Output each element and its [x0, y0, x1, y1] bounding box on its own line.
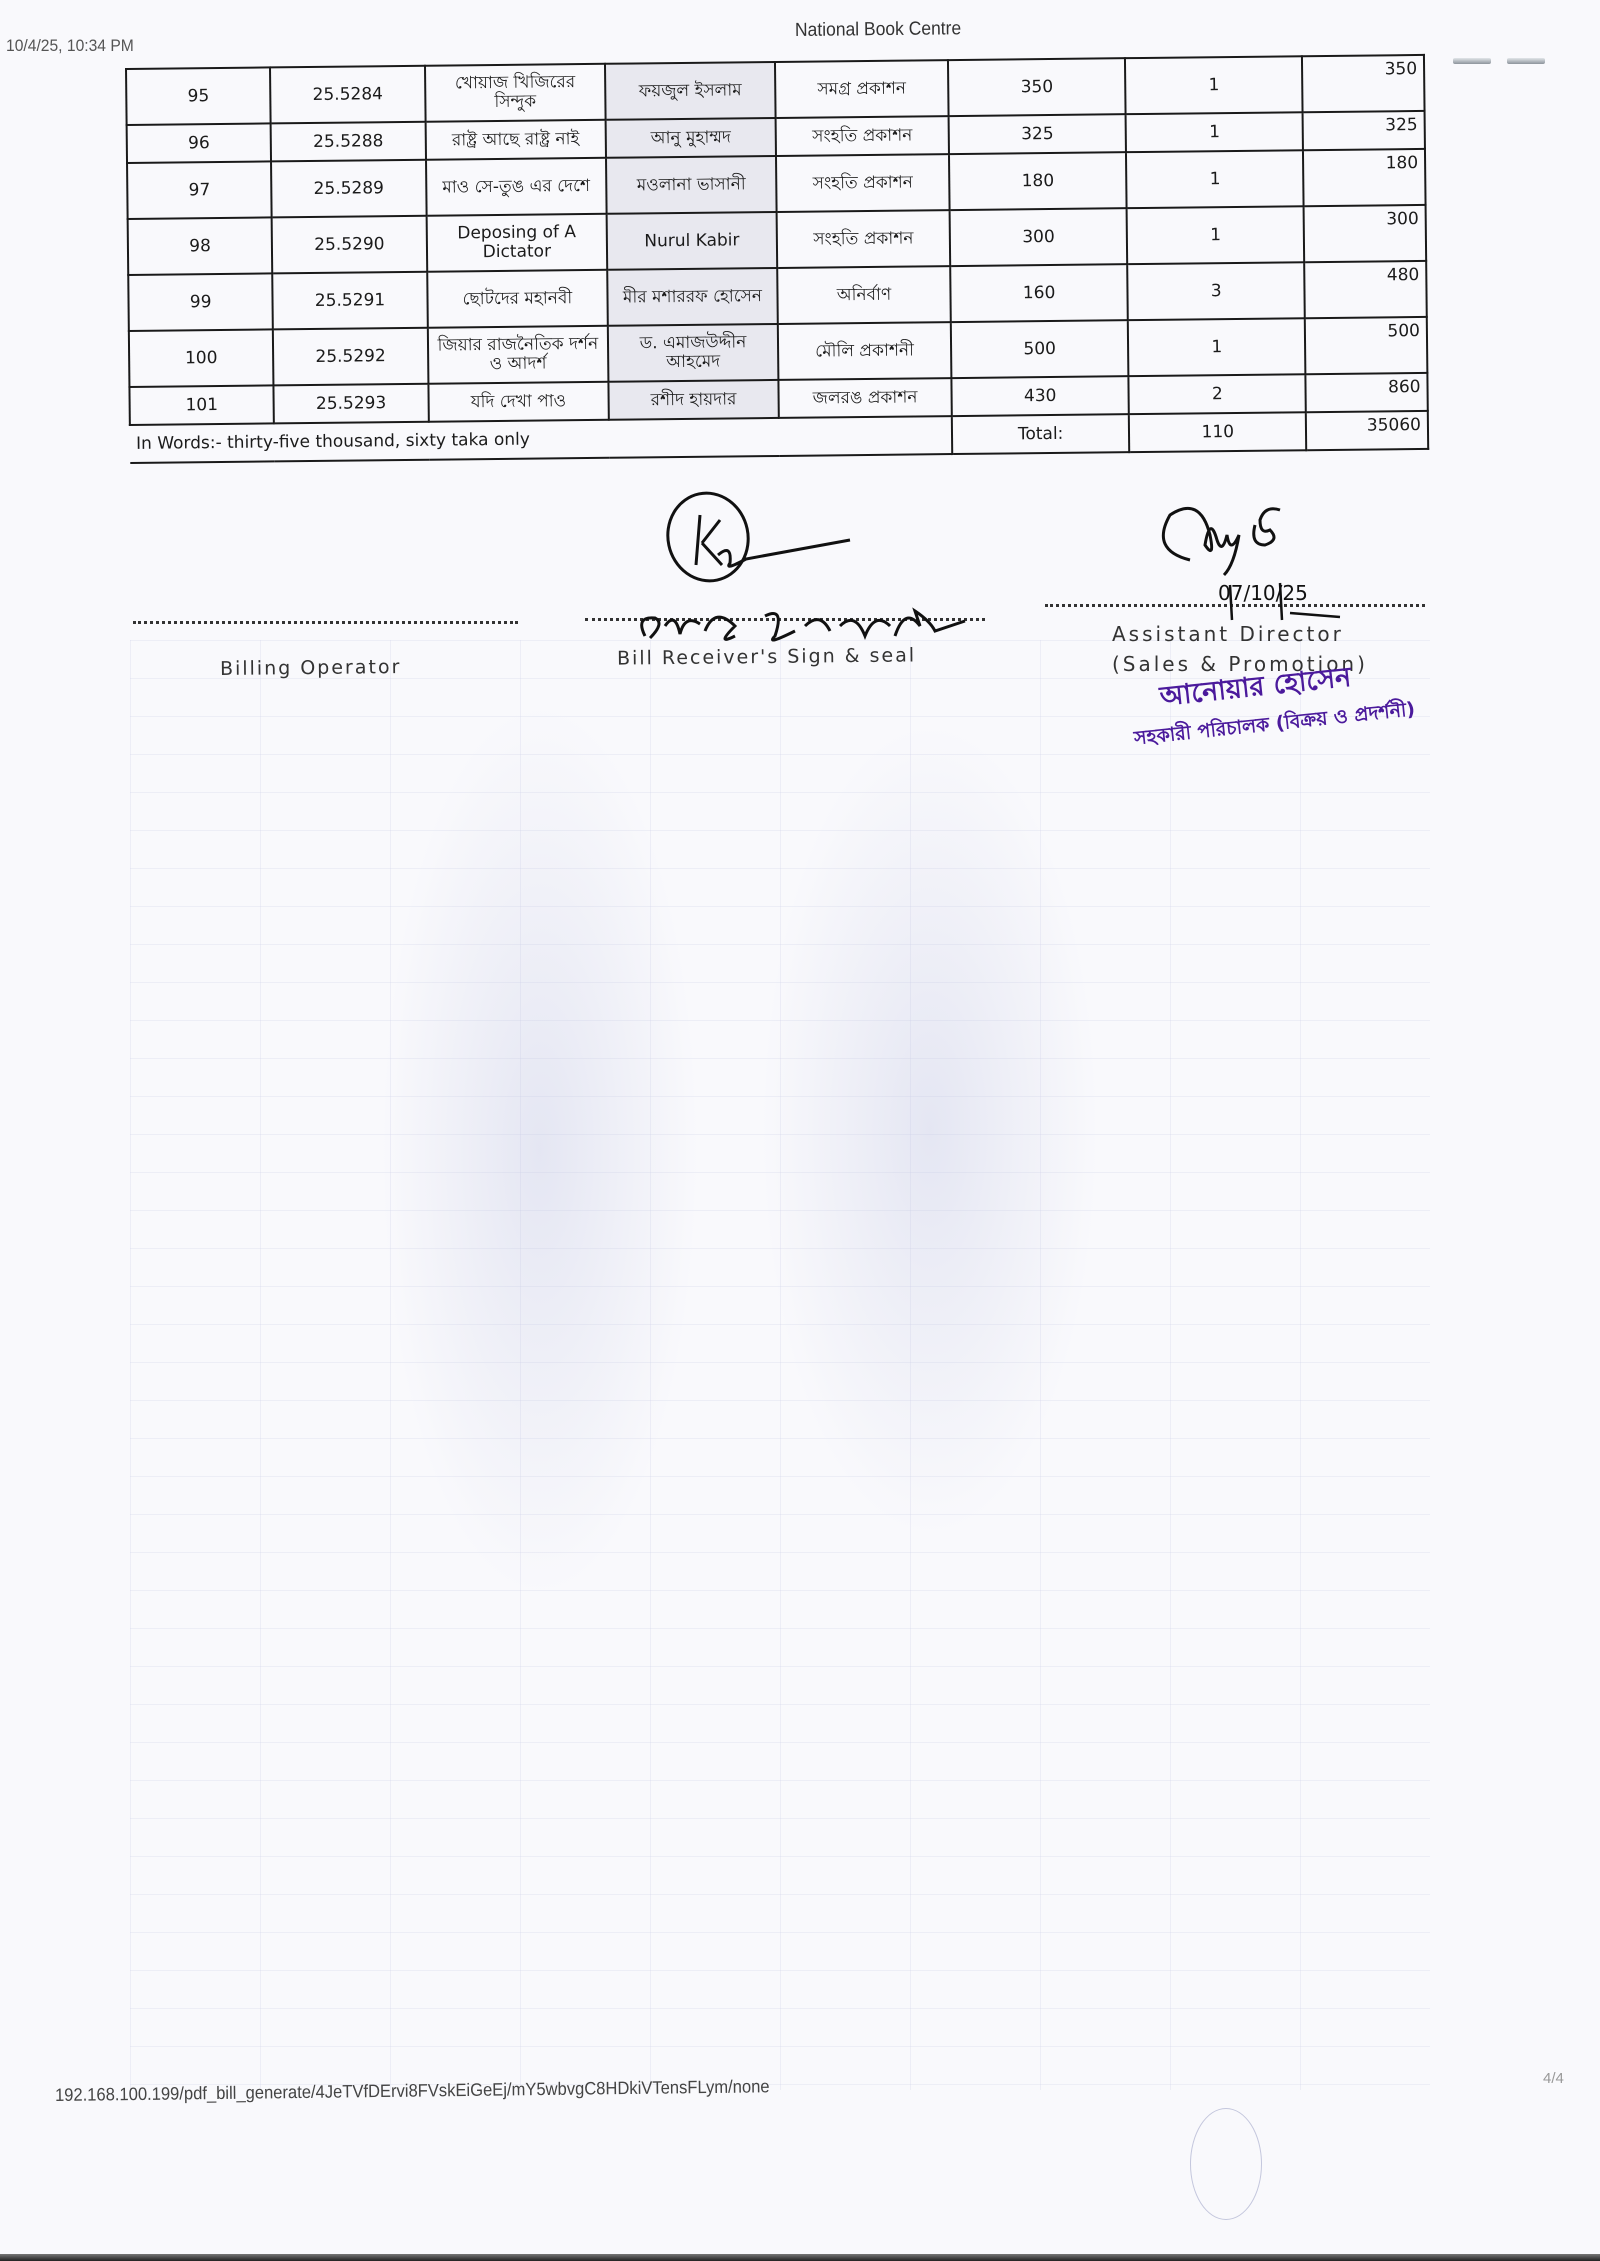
- author-cell: ফয়জুল ইসলাম: [605, 62, 776, 120]
- amount-cell: 325: [1303, 111, 1425, 150]
- document-title: National Book Centre: [795, 18, 961, 42]
- quantity-cell: 2: [1129, 374, 1307, 414]
- book-code-cell: 25.5290: [272, 216, 427, 274]
- amount-cell: 300: [1304, 205, 1426, 262]
- amount-cell: 180: [1303, 149, 1425, 206]
- author-cell: মওলানা ভাসানী: [606, 156, 777, 214]
- book-code-cell: 25.5284: [270, 66, 425, 124]
- amount-cell: 480: [1305, 261, 1427, 318]
- book-code-cell: 25.5292: [273, 328, 428, 386]
- quantity-cell: 1: [1126, 112, 1304, 152]
- serial-cell: 100: [129, 329, 274, 387]
- book-code-cell: 25.5291: [272, 272, 427, 330]
- title-cell: খোয়াজ খিজিরের সিন্দুক: [425, 64, 606, 122]
- staple-icon: [1453, 58, 1491, 64]
- print-timestamp: 10/4/25, 10:34 PM: [6, 36, 134, 56]
- title-cell: ছোটদের মহানবী: [427, 270, 608, 328]
- price-cell: 500: [951, 320, 1129, 378]
- staples: [1453, 58, 1545, 64]
- reverse-side-shadow: [380, 700, 700, 1600]
- quantity-cell: 1: [1127, 206, 1305, 264]
- quantity-cell: 1: [1125, 56, 1303, 114]
- title-cell: যদি দেখা পাও: [428, 382, 609, 422]
- receiver-signature: [660, 485, 860, 595]
- amount-cell: 500: [1305, 317, 1427, 374]
- price-cell: 180: [949, 152, 1127, 210]
- assistant-director-signature: 07/10/25: [1140, 495, 1400, 625]
- publisher-cell: সংহতি প্রকাশন: [776, 116, 949, 156]
- serial-cell: 95: [126, 67, 271, 125]
- total-amount: 35060: [1306, 411, 1428, 450]
- publisher-cell: জলরঙ প্রকাশন: [778, 378, 951, 418]
- serial-cell: 97: [127, 161, 272, 219]
- quantity-cell: 1: [1128, 318, 1306, 376]
- total-label: Total:: [952, 414, 1130, 454]
- publisher-cell: মৌলি প্রকাশনী: [778, 322, 952, 380]
- price-cell: 325: [949, 114, 1127, 154]
- serial-cell: 101: [129, 385, 274, 425]
- author-cell: ড. এমাজউদ্দীন আহমেদ: [608, 324, 779, 382]
- book-code-cell: 25.5293: [274, 384, 429, 424]
- amount-cell: 350: [1302, 55, 1424, 112]
- serial-cell: 99: [128, 273, 273, 331]
- total-quantity: 110: [1129, 412, 1307, 452]
- billing-operator-sign-line: [133, 621, 518, 624]
- serial-cell: 98: [128, 217, 273, 275]
- price-cell: 300: [950, 208, 1128, 266]
- book-code-cell: 25.5289: [271, 160, 426, 218]
- price-cell: 350: [948, 58, 1126, 116]
- publisher-cell: সংহতি প্রকাশন: [777, 210, 951, 268]
- title-cell: মাও সে-তুঙ এর দেশে: [426, 158, 607, 216]
- publisher-cell: সংহতি প্রকাশন: [776, 154, 950, 212]
- scan-edge: [0, 2254, 1600, 2261]
- assistant-director-title: Assistant Director: [1112, 622, 1344, 646]
- author-cell: রশীদ হায়দার: [608, 380, 778, 420]
- billing-operator-label: Billing Operator: [220, 656, 402, 680]
- title-cell: জিয়ার রাজনৈতিক দর্শন ও আদর্শ: [428, 326, 609, 384]
- title-cell: Deposing of A Dictator: [426, 214, 607, 272]
- author-cell: Nurul Kabir: [607, 212, 778, 270]
- amount-in-words: In Words:- thirty-five thousand, sixty t…: [130, 416, 952, 463]
- title-cell: রাষ্ট্র আছে রাষ্ট্র নাই: [425, 120, 606, 160]
- reverse-side-shadow: [760, 720, 1100, 1540]
- page-number: 4/4: [1543, 2070, 1564, 2087]
- book-code-cell: 25.5288: [271, 122, 426, 162]
- price-cell: 430: [951, 376, 1129, 416]
- publisher-cell: অনির্বাণ: [777, 266, 951, 324]
- publisher-cell: সমগ্র প্রকাশন: [775, 60, 949, 118]
- faint-seal-mark: [1190, 2108, 1262, 2220]
- quantity-cell: 3: [1127, 262, 1305, 320]
- bill-table: 9525.5284খোয়াজ খিজিরের সিন্দুকফয়জুল ইস…: [125, 54, 1429, 464]
- author-cell: আনু মুহাম্মদ: [606, 118, 776, 158]
- quantity-cell: 1: [1126, 150, 1304, 208]
- staple-icon: [1507, 58, 1545, 64]
- author-cell: মীর মশাররফ হোসেন: [607, 268, 778, 326]
- receiver-signature-text: [625, 596, 1005, 656]
- serial-cell: 96: [127, 123, 272, 163]
- price-cell: 160: [950, 264, 1128, 322]
- amount-cell: 860: [1306, 373, 1428, 412]
